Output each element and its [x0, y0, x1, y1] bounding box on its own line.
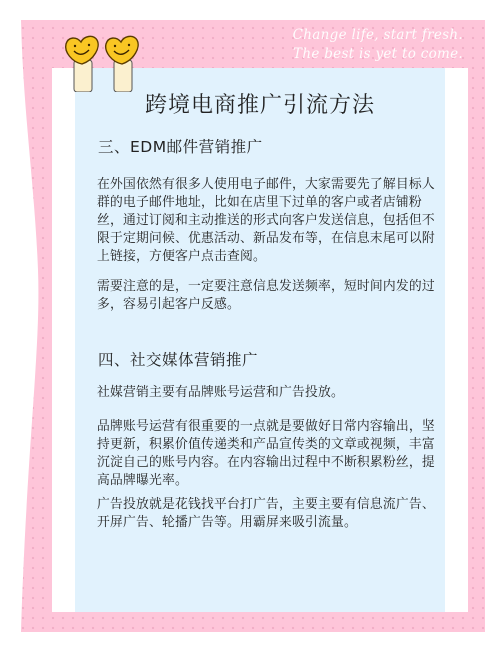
page-title: 跨境电商推广引流方法: [75, 88, 445, 119]
slogan-text: Change life, start fresh. The best is ye…: [293, 26, 463, 64]
paragraph: 在外国依然有很多人使用电子邮件，大家需要先了解目标人群的电子邮件地址，比如在店里…: [97, 176, 435, 266]
paragraph: 品牌账号运营有很重要的一点就是要做好日常内容输出，坚持更新，积累价值传递类和产品…: [97, 418, 435, 490]
paragraph: 社媒营销主要有品牌账号运营和广告投放。: [97, 384, 435, 402]
content-panel: 跨境电商推广引流方法 三、EDM邮件营销推广 在外国依然有很多人使用电子邮件，大…: [75, 68, 445, 612]
paragraph: 广告投放就是花钱找平台打广告，主要主要有信息流广告、开屏广告、轮播广告等。用霸屏…: [97, 496, 435, 532]
paragraph: 需要注意的是，一定要注意信息发送频率，短时间内发的过多，容易引起客户反感。: [97, 278, 435, 314]
mascot-left: [66, 36, 98, 92]
content-card: 跨境电商推广引流方法 三、EDM邮件营销推广 在外国依然有很多人使用电子邮件，大…: [52, 68, 468, 612]
slogan-line-1: Change life, start fresh.: [293, 26, 463, 45]
pink-dotted-frame: Change life, start fresh. The best is ye…: [15, 20, 485, 632]
section-heading-social: 四、社交媒体营销推广: [98, 348, 258, 370]
slogan-line-2: The best is yet to come.: [293, 45, 463, 64]
section-heading-edm: 三、EDM邮件营销推广: [98, 135, 263, 157]
mascot-right: [106, 36, 138, 92]
wavy-border-decoration: [15, 20, 55, 632]
heart-mascot-icon: [62, 34, 162, 92]
